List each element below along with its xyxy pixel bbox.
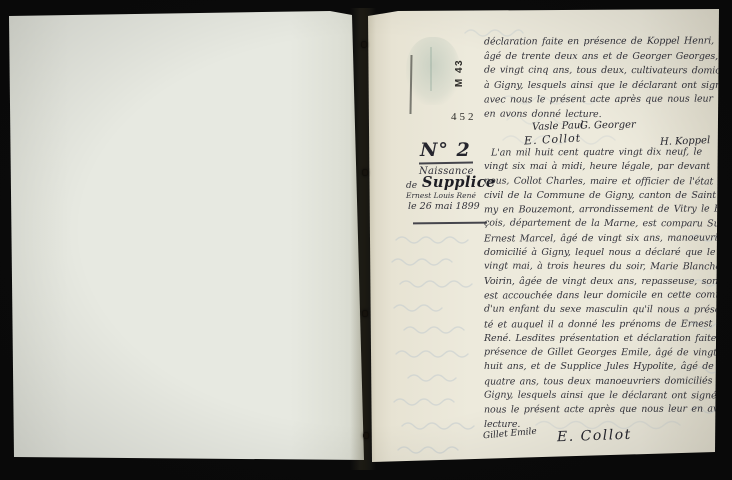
birth-act-body: L'an mil huit cent quatre vingt dix neuf… xyxy=(484,146,722,432)
handwritten-line: d'un enfant du sexe masculin qu'il nous … xyxy=(484,303,722,318)
handwritten-line: avec nous le présent acte après que nous… xyxy=(484,93,722,109)
binding-hole xyxy=(362,310,368,317)
binding-hole xyxy=(362,169,368,176)
handwritten-line: my en Bouzemont, arrondissement de Vitry… xyxy=(484,203,722,218)
signature-witness: G. Georger xyxy=(580,120,636,132)
handwritten-line: est accouchée dans leur domicile en cett… xyxy=(484,288,722,303)
binding-hole xyxy=(363,432,369,439)
handwritten-line: té et auquel il a donné les prénoms de E… xyxy=(484,317,722,332)
handwritten-line: Ernest Marcel, âgé de vingt six ans, man… xyxy=(484,231,722,246)
handwritten-line: vingt mai, à trois heures du soir, Marie… xyxy=(484,260,722,275)
handwritten-line: présence de Gillet Georges Emile, âgé de… xyxy=(484,346,722,361)
handwritten-line: Voirin, âgée de vingt deux ans, repasseu… xyxy=(484,275,722,289)
handwritten-line: âgé de trente deux ans et de Georger Geo… xyxy=(484,50,722,65)
previous-act-ending: déclaration faite en présence de Koppel … xyxy=(484,35,722,123)
handwritten-line: Gigny, lesquels ainsi que le déclarant o… xyxy=(484,389,722,404)
margin-rule xyxy=(413,222,487,225)
bleedthrough-mark xyxy=(388,232,488,470)
binding-hole xyxy=(361,41,367,48)
handwritten-line: vingt six mai à midi, heure légale, par … xyxy=(484,160,722,174)
handwritten-line: de vingt cinq ans, tous deux, cultivateu… xyxy=(484,64,722,79)
margin-given-names: Ernest Louis René xyxy=(406,191,476,200)
margin-act-number-underline xyxy=(419,162,473,165)
handwritten-line: huit ans, et de Supplice Jules Hypolite,… xyxy=(484,360,722,374)
faded-ink-stamp xyxy=(406,37,460,105)
handwritten-line: domicilié à Gigny, lequel nous a déclaré… xyxy=(484,246,722,260)
signature-officer: E. Collot xyxy=(557,427,632,446)
margin-preposition: de xyxy=(406,181,417,191)
handwritten-line: nous, Collot Charles, maire et officier … xyxy=(484,174,722,189)
folio-number-stamp: 452 xyxy=(451,111,477,123)
handwritten-line: quatre ans, tous deux manoeuvriers domic… xyxy=(484,374,722,389)
handwritten-line: çois, département de la Marne, est compa… xyxy=(484,217,722,232)
handwritten-line: civil de la Commune de Gigny, canton de … xyxy=(484,189,722,203)
handwritten-line: déclaration faite en présence de Koppel … xyxy=(484,34,722,50)
handwritten-line: René. Lesdites présentation et déclarati… xyxy=(484,332,722,346)
scanned-register-photo: M 43 452 xyxy=(0,0,732,480)
handwritten-line: nous le présent acte après que nous leur… xyxy=(484,403,722,418)
vertical-number-stamp: M 43 xyxy=(454,56,468,90)
margin-date: le 26 mai 1899 xyxy=(408,201,480,212)
handwritten-line: L'an mil huit cent quatre vingt dix neuf… xyxy=(484,145,722,160)
handwritten-line: à Gigny, lesquels ainsi que le déclarant… xyxy=(484,79,722,94)
margin-act-number: N° 2 xyxy=(420,139,471,161)
